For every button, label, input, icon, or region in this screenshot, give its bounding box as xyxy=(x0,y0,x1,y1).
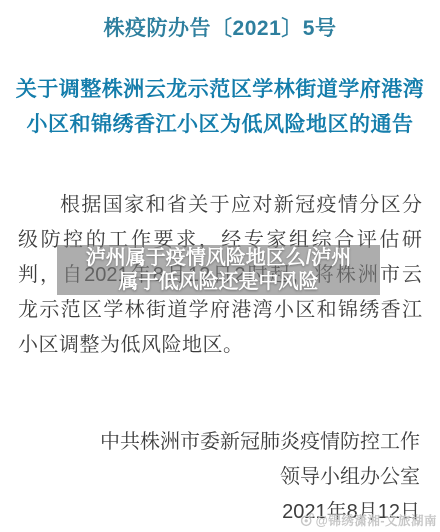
doc-number: 株疫防办告〔2021〕5号 xyxy=(0,16,440,42)
notice-image: 株疫防办告〔2021〕5号 关于调整株洲云龙示范区学林街道学府港湾 小区和锦绣香… xyxy=(0,0,440,532)
watermark: @锦绣潇湘-文旅湖南 xyxy=(300,511,437,529)
notice-title-line2: 小区和锦绣香江小区为低风险地区的通告 xyxy=(0,107,440,142)
body-line: 小区调整为低风险地区。 xyxy=(18,328,422,363)
notice-title: 关于调整株洲云龙示范区学林街道学府港湾 小区和锦绣香江小区为低风险地区的通告 xyxy=(0,72,440,142)
watermark-text: @锦绣潇湘-文旅湖南 xyxy=(316,511,437,529)
signature-line1: 中共株洲市委新冠肺炎疫情防控工作 xyxy=(20,425,420,460)
caption-overlay-line2: 属于低风险还是中风险 xyxy=(57,270,380,294)
caption-overlay: 泸州属于疫情风险地区么/泸州 属于低风险还是中风险 xyxy=(57,245,380,295)
signature-line2: 领导小组办公室 xyxy=(20,460,420,495)
watermark-logo-icon xyxy=(300,513,314,527)
notice-title-line1: 关于调整株洲云龙示范区学林街道学府港湾 xyxy=(0,72,440,107)
body-line: 龙示范区学林街道学府港湾小区和锦绣香江 xyxy=(18,293,422,328)
caption-overlay-line1: 泸州属于疫情风险地区么/泸州 xyxy=(57,246,380,270)
body-line: 根据国家和省关于应对新冠疫情分区分 xyxy=(18,188,422,223)
